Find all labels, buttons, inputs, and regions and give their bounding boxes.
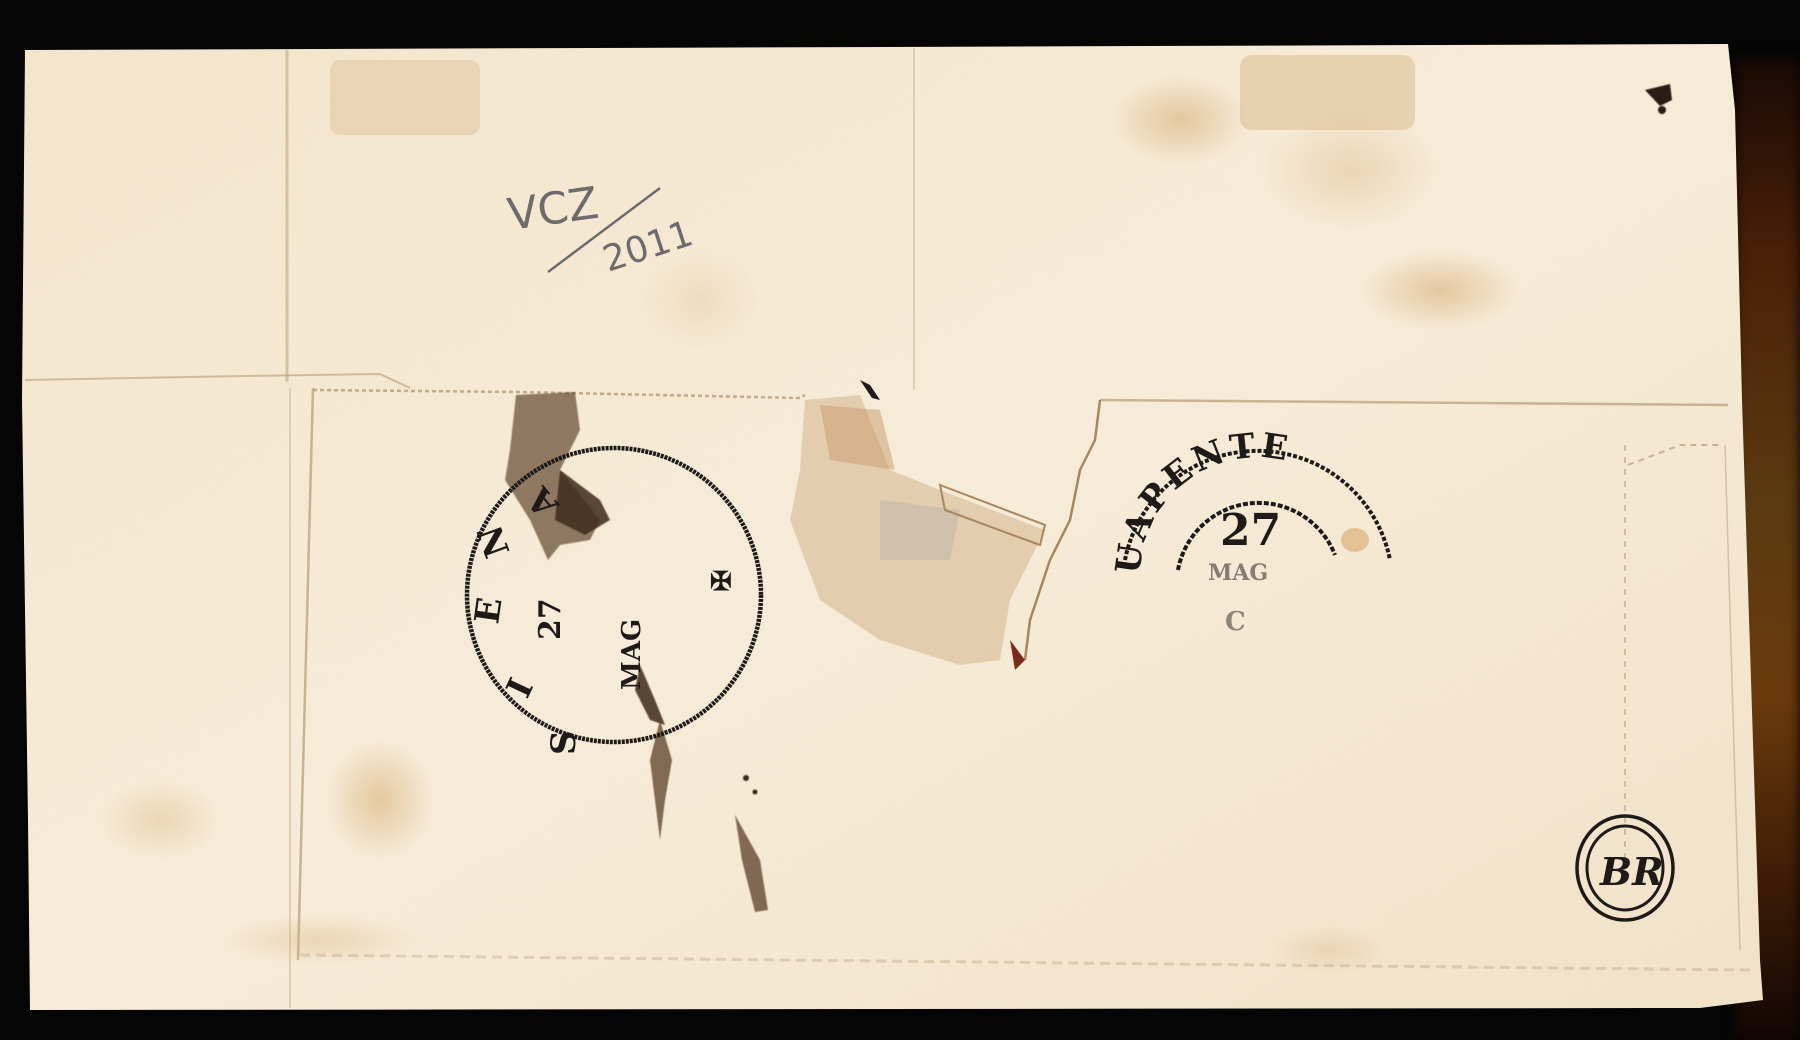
svg-text:MAG: MAG bbox=[617, 619, 647, 690]
svg-text:MAG: MAG bbox=[1208, 560, 1268, 586]
svg-text:✠: ✠ bbox=[710, 567, 732, 597]
svg-text:C: C bbox=[1225, 607, 1246, 637]
svg-text:E: E bbox=[467, 595, 510, 626]
svg-text:S: S bbox=[544, 730, 584, 755]
postal-cover-photo: VCZ 2011 I E N A S 27 MAG ✠ bbox=[0, 0, 1800, 1040]
svg-text:27: 27 bbox=[533, 598, 568, 640]
svg-text:27: 27 bbox=[1220, 505, 1281, 556]
svg-text:BR: BR bbox=[1599, 849, 1664, 894]
cover-illustration: VCZ 2011 I E N A S 27 MAG ✠ bbox=[0, 0, 1800, 1040]
